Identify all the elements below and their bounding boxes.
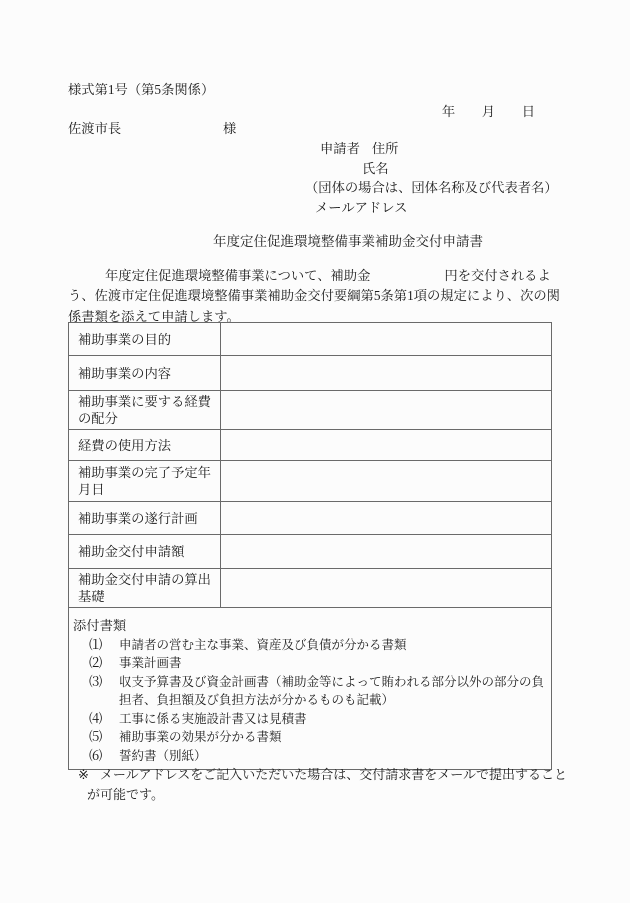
attachment-item: ⑴申請者の営む主な事業、資産及び負債が分かる書類 — [89, 636, 545, 655]
row-value-cell — [221, 569, 552, 608]
attachments-cell: 添付書類 ⑴申請者の営む主な事業、資産及び負債が分かる書類 ⑵事業計画書 ⑶収支… — [69, 608, 552, 770]
recipient-name: 佐渡市長 — [68, 118, 223, 137]
application-table: 補助事業の目的 補助事業の内容 補助事業に要する経費の配分 経費の使用方法 補助… — [68, 322, 552, 770]
footnote-text: メールアドレスをご記入いただいた場合は、交付請求書をメールで提出することが可能で… — [87, 767, 567, 802]
table-row: 補助事業の目的 — [69, 323, 552, 356]
attachment-text: 収支予算書及び資金計画書（補助金等によって賄われる部分以外の部分の負担者、負担額… — [119, 673, 545, 710]
row-value-cell — [221, 461, 552, 502]
attachment-number: ⑴ — [89, 636, 119, 655]
row-value-cell — [221, 323, 552, 356]
row-label: 補助事業の目的 — [69, 323, 221, 356]
applicant-label: 申請者 — [320, 141, 360, 156]
row-value-cell — [221, 391, 552, 430]
attachment-text: 工事に係る実施設計書又は見積書 — [119, 710, 545, 729]
attachment-item: ⑸補助事業の効果が分かる書類 — [89, 728, 545, 747]
row-value-cell — [221, 535, 552, 569]
row-label: 補助金交付申請の算出基礎 — [69, 569, 221, 608]
body-line-1: 年度定住促進環境整備事業について、補助金円を交付されるよ — [68, 266, 578, 286]
row-value-cell — [221, 502, 552, 535]
row-label: 補助事業に要する経費の配分 — [69, 391, 221, 430]
row-label: 補助事業の内容 — [69, 356, 221, 391]
table-row: 補助事業の内容 — [69, 356, 552, 391]
organization-note: （団体の場合は、団体名称及び代表者名） — [305, 178, 558, 198]
attachment-number: ⑶ — [89, 673, 119, 710]
body-paragraph: 年度定住促進環境整備事業について、補助金円を交付されるよ う、佐渡市定住促進環境… — [68, 266, 578, 327]
applicant-block: 申請者住所 氏名 （団体の場合は、団体名称及び代表者名） メールアドレス — [305, 139, 558, 217]
email-label: メールアドレス — [305, 198, 558, 218]
table-row: 補助金交付申請の算出基礎 — [69, 569, 552, 608]
attachment-text: 補助事業の効果が分かる書類 — [119, 728, 545, 747]
attachment-text: 誓約書（別紙） — [119, 747, 545, 766]
attachment-number: ⑸ — [89, 728, 119, 747]
table-row: 補助事業の遂行計画 — [69, 502, 552, 535]
recipient-line: 佐渡市長様 — [68, 118, 236, 137]
recipient-honorific: 様 — [223, 121, 236, 136]
table-row: 補助事業に要する経費の配分 — [69, 391, 552, 430]
body-line-2: う、佐渡市定住促進環境整備事業補助金交付要綱第5条第1項の規定により、次の関 — [68, 286, 578, 306]
attachment-item: ⑷工事に係る実施設計書又は見積書 — [89, 710, 545, 729]
attachments-heading: 添付書類 — [73, 617, 545, 636]
body-line1-pre: 年度定住促進環境整備事業について、補助金 — [105, 268, 370, 283]
attachments-list: ⑴申請者の営む主な事業、資産及び負債が分かる書類 ⑵事業計画書 ⑶収支予算書及び… — [89, 636, 545, 766]
attachment-number: ⑷ — [89, 710, 119, 729]
footnote-marker: ※ — [78, 767, 89, 782]
footnote: ※メールアドレスをご記入いただいた場合は、交付請求書をメールで提出することが可能… — [68, 765, 568, 804]
applicant-address-line: 申請者住所 — [305, 139, 558, 159]
table-row: 補助金交付申請額 — [69, 535, 552, 569]
attachment-item: ⑶収支予算書及び資金計画書（補助金等によって賄われる部分以外の部分の負担者、負担… — [89, 673, 545, 710]
application-form-page: 様式第1号（第5条関係） 年 月 日 佐渡市長様 申請者住所 氏名 （団体の場合… — [0, 0, 630, 903]
row-label: 経費の使用方法 — [69, 430, 221, 461]
row-label: 補助事業の遂行計画 — [69, 502, 221, 535]
row-value-cell — [221, 356, 552, 391]
table-row: 経費の使用方法 — [69, 430, 552, 461]
body-line1-post: 円を交付されるよ — [444, 268, 550, 283]
attachments-row: 添付書類 ⑴申請者の営む主な事業、資産及び負債が分かる書類 ⑵事業計画書 ⑶収支… — [69, 608, 552, 770]
attachment-item: ⑹誓約書（別紙） — [89, 747, 545, 766]
attachment-text: 申請者の営む主な事業、資産及び負債が分かる書類 — [119, 636, 545, 655]
address-label: 住所 — [372, 141, 399, 156]
attachment-number: ⑵ — [89, 654, 119, 673]
document-title: 年度定住促進環境整備事業補助金交付申請書 — [213, 230, 483, 250]
row-label: 補助金交付申請額 — [69, 535, 221, 569]
form-number: 様式第1号（第5条関係） — [68, 79, 214, 98]
attachment-number: ⑹ — [89, 747, 119, 766]
table-row: 補助事業の完了予定年月日 — [69, 461, 552, 502]
row-value-cell — [221, 430, 552, 461]
attachment-item: ⑵事業計画書 — [89, 654, 545, 673]
row-label: 補助事業の完了予定年月日 — [69, 461, 221, 502]
attachment-text: 事業計画書 — [119, 654, 545, 673]
name-label: 氏名 — [305, 159, 558, 179]
